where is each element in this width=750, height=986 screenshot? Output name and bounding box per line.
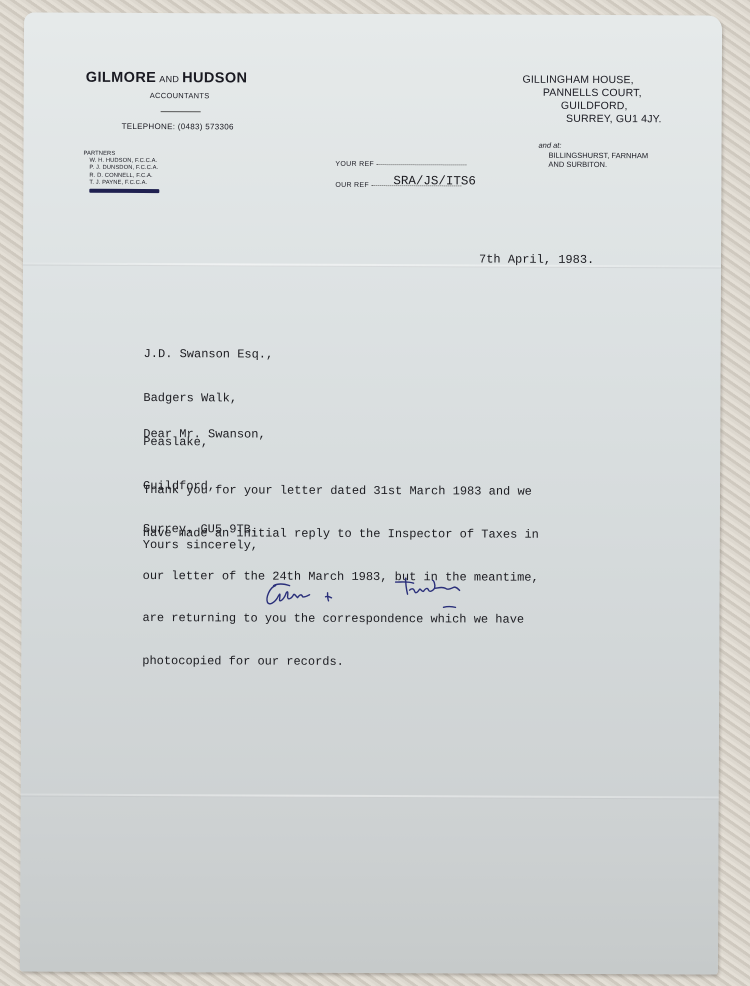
firm-name-hudson: HUDSON <box>182 70 247 86</box>
branches-label: and at: <box>538 141 648 151</box>
our-ref: OUR REF SRA/JS/ITS6 <box>335 182 461 190</box>
your-ref-label: YOUR REF <box>335 161 374 168</box>
branch-line: BILLINGSHURST, FARNHAM <box>548 150 648 160</box>
letterhead-divider <box>161 111 201 112</box>
salutation: Dear Mr. Swanson, <box>143 427 265 442</box>
our-ref-label: OUR REF <box>335 182 369 189</box>
our-ref-value: SRA/JS/ITS6 <box>393 174 476 188</box>
signature-icon <box>261 570 501 621</box>
branch-offices: and at: BILLINGSHURST, FARNHAM AND SURBI… <box>538 141 648 170</box>
letter-paper: GILMOREANDHUDSON ACCOUNTANTS TELEPHONE: … <box>20 12 722 974</box>
firm-name: GILMOREANDHUDSON <box>86 70 248 87</box>
recipient-line: Badgers Walk, <box>143 391 273 406</box>
firm-type: ACCOUNTANTS <box>150 91 210 100</box>
address-line: GUILDFORD, <box>522 100 661 114</box>
address-line: SURREY, GU1 4JY. <box>522 113 661 127</box>
body-line: Thank you for your letter dated 31st Mar… <box>143 483 539 499</box>
partners-block: PARTNERS W. H. HUDSON, F.C.C.A. P. J. DU… <box>83 151 159 197</box>
handwritten-signature <box>261 570 501 621</box>
recipient-line: J.D. Swanson Esq., <box>144 347 274 362</box>
your-ref: YOUR REF <box>335 161 466 169</box>
your-ref-dotted-line <box>376 164 466 165</box>
firm-name-and: AND <box>159 74 179 84</box>
partners-list: W. H. HUDSON, F.C.C.A. P. J. DUNSDON, F.… <box>83 158 159 196</box>
letter-date: 7th April, 1983. <box>479 252 594 267</box>
firm-name-gilmore: GILMORE <box>86 70 157 86</box>
body-line: photocopied for our records. <box>142 654 538 670</box>
struck-out-partner <box>89 189 159 193</box>
branch-line: AND SURBITON. <box>548 160 648 170</box>
address-line: GILLINGHAM HOUSE, <box>522 74 661 88</box>
firm-telephone: TELEPHONE: (0483) 573306 <box>122 122 234 131</box>
closing: Yours sincerely, <box>143 538 258 553</box>
partner-item: P. J. DUNSDON, F.C.C.A. <box>89 165 159 173</box>
partner-item: R. D. CONNELL, F.C.A. <box>89 172 159 180</box>
firm-address: GILLINGHAM HOUSE, PANNELLS COURT, GUILDF… <box>522 74 662 127</box>
address-line: PANNELLS COURT, <box>522 87 661 101</box>
partner-item: T. J. PAYNE, F.C.C.A. <box>89 180 159 188</box>
